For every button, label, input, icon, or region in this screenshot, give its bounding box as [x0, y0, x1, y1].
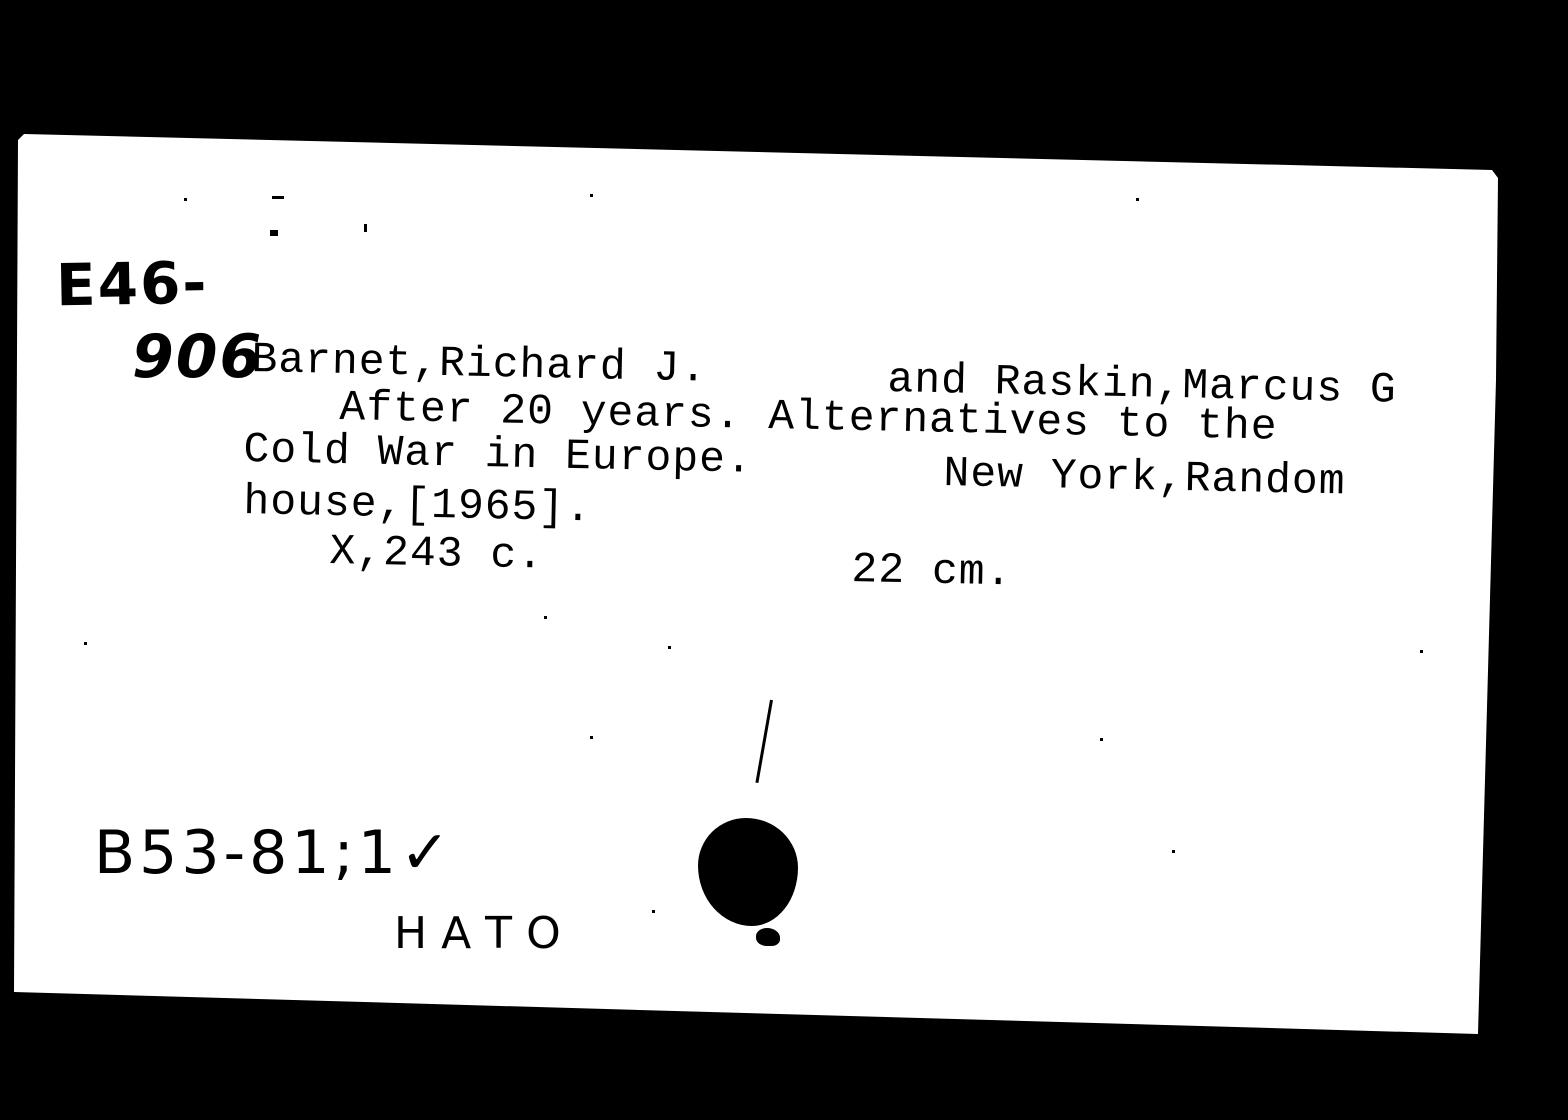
card-outline — [0, 0, 1568, 1120]
publisher: New York,Random — [943, 452, 1346, 503]
ink-blot-tail — [756, 928, 780, 946]
speck-mark — [184, 198, 187, 201]
call-number-bottom: B53-81;1✓ — [94, 818, 454, 888]
call-number-top-line-2: 906 — [132, 322, 263, 392]
catalog-card — [0, 0, 1568, 1120]
speck-mark — [668, 646, 671, 649]
title-line-2: Cold War in Europe. — [243, 428, 753, 482]
speck-mark — [1100, 738, 1103, 741]
speck-mark — [270, 230, 278, 236]
speck-mark — [544, 616, 547, 619]
dimensions: 22 cm. — [851, 548, 1013, 594]
pagination: X,243 c. — [329, 530, 544, 577]
subject-note: НАТО — [394, 908, 575, 959]
speck-mark — [1172, 850, 1175, 853]
speck-mark — [590, 736, 593, 739]
speck-mark — [272, 196, 284, 199]
call-number-top-line-1: E46- — [55, 249, 209, 320]
speck-mark — [652, 910, 655, 913]
imprint: house,[1965]. — [243, 480, 592, 530]
author: Barnet,Richard J. — [251, 338, 707, 391]
speck-mark — [364, 224, 367, 232]
speck-mark — [1136, 198, 1139, 201]
speck-mark — [590, 194, 593, 197]
speck-mark — [1420, 650, 1423, 653]
speck-mark — [84, 642, 87, 645]
